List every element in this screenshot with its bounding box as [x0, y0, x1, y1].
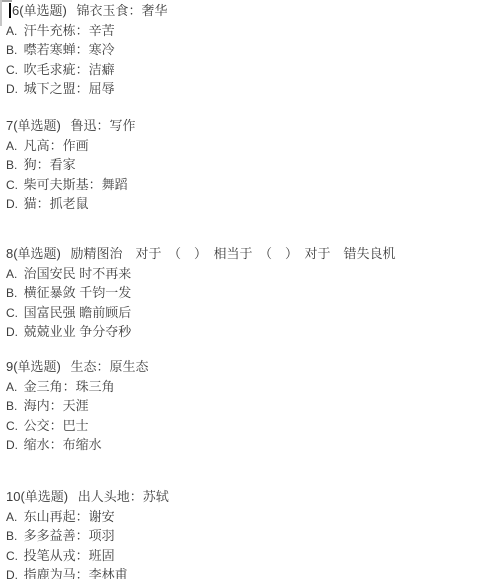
- question-label: 8(单选题): [6, 246, 61, 261]
- option-text: 城下之盟：屈辱: [24, 81, 115, 96]
- option-row: C. 国富民强 瞻前顾后: [0, 303, 482, 323]
- option-text: 海内：天涯: [24, 398, 89, 413]
- question-block-9: 9(单选题) 生态：原生态 A. 金三角：珠三角 B. 海内：天涯 C. 公交：…: [0, 357, 482, 455]
- option-letter: A.: [6, 265, 20, 285]
- question-block-6: 6(单选题) 锦衣玉食：奢华 A. 汗牛充栋：辛苦 B. 噤若寒蝉：寒冷 C. …: [0, 1, 482, 99]
- option-text: 柴可夫斯基：舞蹈: [24, 177, 128, 192]
- document-text-area[interactable]: 6(单选题) 锦衣玉食：奢华 A. 汗牛充栋：辛苦 B. 噤若寒蝉：寒冷 C. …: [0, 0, 482, 579]
- option-text: 噤若寒蝉：寒冷: [24, 42, 115, 57]
- option-row: A. 东山再起：谢安: [0, 507, 482, 527]
- question-stem: 锦衣玉食：奢华: [77, 3, 168, 18]
- option-letter: D.: [6, 566, 20, 579]
- option-row: D. 兢兢业业 争分夺秒: [0, 322, 482, 342]
- option-row: A. 凡高：作画: [0, 136, 482, 156]
- option-letter: D.: [6, 195, 20, 215]
- question-label: 9(单选题): [6, 359, 61, 374]
- option-letter: C.: [6, 61, 20, 81]
- question-label: 6(单选题): [12, 3, 67, 18]
- option-text: 吹毛求疵：洁癖: [24, 62, 115, 77]
- option-letter: B.: [6, 397, 20, 417]
- option-row: B. 狗：看家: [0, 155, 482, 175]
- option-letter: D.: [6, 80, 20, 100]
- text-caret: [9, 3, 11, 18]
- option-row: B. 横征暴敛 千钧一发: [0, 283, 482, 303]
- option-letter: C.: [6, 417, 20, 437]
- option-letter: C.: [6, 304, 20, 324]
- option-text: 狗：看家: [24, 157, 76, 172]
- option-text: 国富民强 瞻前顾后: [24, 305, 132, 320]
- question-stem: 鲁迅：写作: [71, 118, 136, 133]
- option-letter: D.: [6, 323, 20, 343]
- option-text: 金三角：珠三角: [24, 379, 115, 394]
- question-title: 7(单选题) 鲁迅：写作: [0, 116, 482, 136]
- option-text: 兢兢业业 争分夺秒: [24, 324, 132, 339]
- option-text: 东山再起：谢安: [24, 509, 115, 524]
- option-letter: C.: [6, 176, 20, 196]
- question-title: 9(单选题) 生态：原生态: [0, 357, 482, 377]
- option-row: D. 城下之盟：屈辱: [0, 79, 482, 99]
- option-letter: A.: [6, 508, 20, 528]
- option-letter: B.: [6, 527, 20, 547]
- option-text: 汗牛充栋：辛苦: [24, 23, 115, 38]
- option-text: 投笔从戎：班固: [24, 548, 115, 563]
- option-row: A. 治国安民 时不再来: [0, 264, 482, 284]
- question-stem: 出人头地：苏轼: [78, 489, 169, 504]
- option-letter: A.: [6, 137, 20, 157]
- option-row: B. 噤若寒蝉：寒冷: [0, 40, 482, 60]
- option-text: 缩水：布缩水: [24, 437, 102, 452]
- option-text: 指鹿为马：李林甫: [24, 567, 128, 579]
- question-block-7: 7(单选题) 鲁迅：写作 A. 凡高：作画 B. 狗：看家 C. 柴可夫斯基：舞…: [0, 116, 482, 214]
- option-letter: B.: [6, 156, 20, 176]
- option-text: 猫：抓老鼠: [24, 196, 89, 211]
- option-row: C. 吹毛求疵：洁癖: [0, 60, 482, 80]
- option-letter: A.: [6, 378, 20, 398]
- question-title: 8(单选题) 励精图治 对于 （ ） 相当于 （ ） 对于 错失良机: [0, 244, 482, 264]
- option-row: C. 投笔从戎：班固: [0, 546, 482, 566]
- option-row: D. 缩水：布缩水: [0, 435, 482, 455]
- option-letter: B.: [6, 284, 20, 304]
- option-text: 多多益善：项羽: [24, 528, 115, 543]
- option-letter: D.: [6, 436, 20, 456]
- option-row: D. 猫：抓老鼠: [0, 194, 482, 214]
- question-label: 7(单选题): [6, 118, 61, 133]
- option-row: A. 汗牛充栋：辛苦: [0, 21, 482, 41]
- option-row: B. 海内：天涯: [0, 396, 482, 416]
- option-text: 凡高：作画: [24, 138, 89, 153]
- option-row: C. 柴可夫斯基：舞蹈: [0, 175, 482, 195]
- option-text: 治国安民 时不再来: [24, 266, 132, 281]
- option-row: C. 公交：巴士: [0, 416, 482, 436]
- question-title: 6(单选题) 锦衣玉食：奢华: [0, 1, 482, 21]
- option-letter: A.: [6, 22, 20, 42]
- option-letter: C.: [6, 547, 20, 567]
- option-letter: B.: [6, 41, 20, 61]
- option-text: 横征暴敛 千钧一发: [24, 285, 132, 300]
- question-stem: 励精图治 对于 （ ） 相当于 （ ） 对于 错失良机: [71, 246, 396, 261]
- option-row: D. 指鹿为马：李林甫: [0, 565, 482, 579]
- option-row: B. 多多益善：项羽: [0, 526, 482, 546]
- option-text: 公交：巴士: [24, 418, 89, 433]
- question-label: 10(单选题): [6, 489, 68, 504]
- question-title: 10(单选题) 出人头地：苏轼: [0, 487, 482, 507]
- question-block-8: 8(单选题) 励精图治 对于 （ ） 相当于 （ ） 对于 错失良机 A. 治国…: [0, 244, 482, 342]
- option-row: A. 金三角：珠三角: [0, 377, 482, 397]
- question-stem: 生态：原生态: [71, 359, 149, 374]
- question-block-10: 10(单选题) 出人头地：苏轼 A. 东山再起：谢安 B. 多多益善：项羽 C.…: [0, 487, 482, 579]
